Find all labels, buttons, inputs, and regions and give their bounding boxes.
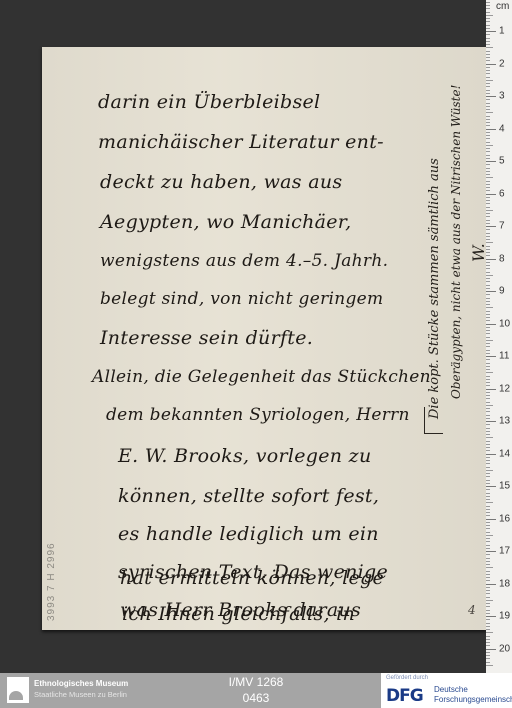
ruler-tick <box>486 525 490 526</box>
ruler-tick <box>486 437 493 438</box>
ruler-number: 8 <box>499 253 505 264</box>
ruler-tick <box>486 187 490 188</box>
ruler-tick <box>486 626 490 627</box>
ruler-tick <box>486 600 493 601</box>
text-line-12: es handle lediglich um ein <box>118 523 379 545</box>
ruler-tick <box>486 200 490 201</box>
ruler-tick <box>486 207 490 208</box>
ruler-tick <box>486 398 490 399</box>
ruler-number: 2 <box>499 58 505 69</box>
footer-bar: Ethnologisches Museum Staatliche Museen … <box>0 673 512 708</box>
ruler-tick <box>486 307 493 308</box>
ruler-tick <box>486 252 490 253</box>
text-line-11: können, stellte sofort fest, <box>118 485 379 507</box>
ruler-tick <box>486 47 493 48</box>
ruler-tick <box>486 86 490 87</box>
ruler-tick <box>486 447 490 448</box>
ruler-tick <box>486 142 490 143</box>
ruler-tick <box>486 402 490 403</box>
ruler-tick <box>486 255 490 256</box>
text-line-2: manichäischer Literatur ent- <box>98 131 384 153</box>
ruler-tick <box>486 210 493 211</box>
margin-bracket <box>424 407 443 434</box>
ruler-tick <box>486 645 490 646</box>
ruler-tick <box>486 457 490 458</box>
ruler-tick <box>486 480 490 481</box>
ruler-tick <box>486 246 490 247</box>
ruler-unit-label: cm <box>496 1 509 12</box>
text-line-1: darin ein Überbleibsel <box>98 91 320 113</box>
ruler-tick <box>486 580 490 581</box>
text-line-13: syrischen Text. Das wenige <box>118 561 388 583</box>
ruler-tick <box>486 44 490 45</box>
ruler-tick <box>486 541 490 542</box>
text-line-9: dem bekannten Syriologen, Herrn <box>106 405 410 425</box>
ruler-tick <box>486 337 490 338</box>
ruler-tick <box>486 73 490 74</box>
ruler-tick <box>486 2 490 3</box>
ruler-tick <box>486 262 490 263</box>
funded-by-label: Gefördert durch <box>386 675 428 681</box>
ruler-tick <box>486 275 493 276</box>
ruler-tick <box>486 363 490 364</box>
ruler-tick <box>486 506 490 507</box>
ruler-tick <box>486 67 490 68</box>
ruler-tick <box>486 314 490 315</box>
ruler-tick <box>486 571 490 572</box>
ruler-tick <box>486 112 493 113</box>
ruler-tick <box>486 502 493 503</box>
ruler-tick <box>486 460 490 461</box>
ruler-number: 7 <box>499 221 505 232</box>
ruler-tick <box>486 567 493 568</box>
ruler-tick <box>486 379 490 380</box>
ruler-tick <box>486 25 490 26</box>
ruler-tick <box>486 181 490 182</box>
ruler-number: 9 <box>499 286 505 297</box>
ruler-tick <box>486 317 490 318</box>
ruler-tick <box>486 80 493 81</box>
ruler-number: 15 <box>499 481 510 492</box>
margin-note-line-2: Oberägypten, nicht etwa aus der Nitrisch… <box>449 85 463 399</box>
ruler-tick <box>486 96 496 97</box>
ruler-number: 10 <box>499 318 510 329</box>
ruler-tick <box>486 554 490 555</box>
ruler-tick <box>486 662 490 663</box>
ruler-tick <box>486 327 490 328</box>
ruler-tick <box>486 249 490 250</box>
letter-page: darin ein Überbleibsel manichäischer Lit… <box>42 47 486 630</box>
ruler-tick <box>486 64 496 65</box>
text-line-3: deckt zu haben, was aus <box>100 171 342 193</box>
ruler-tick <box>486 259 496 260</box>
ruler-tick <box>486 467 490 468</box>
dfg-name-line-1: Deutsche <box>434 685 468 694</box>
corner-mark: 4 <box>468 603 476 617</box>
ruler-tick <box>486 665 493 666</box>
ruler-tick <box>486 168 490 169</box>
ruler-number: 17 <box>499 546 510 557</box>
ruler-tick <box>486 340 493 341</box>
ruler-tick <box>486 587 490 588</box>
ruler-tick <box>486 57 490 58</box>
ruler-tick <box>486 473 490 474</box>
ruler-tick <box>486 148 490 149</box>
ruler-tick <box>486 629 490 630</box>
ruler-tick <box>486 431 490 432</box>
ruler-tick <box>486 229 490 230</box>
ruler-tick <box>486 132 490 133</box>
ruler-tick <box>486 454 496 455</box>
ruler-tick <box>486 385 490 386</box>
ruler-tick <box>486 278 490 279</box>
ruler-tick <box>486 470 493 471</box>
ruler-tick <box>486 190 490 191</box>
ruler-tick <box>486 574 490 575</box>
ruler-tick <box>486 545 490 546</box>
ruler-tick <box>486 369 490 370</box>
ruler-tick <box>486 242 493 243</box>
text-line-6: belegt sind, von nicht geringem <box>100 289 383 309</box>
ruler-tick <box>486 324 496 325</box>
ruler-tick <box>486 99 490 100</box>
ruler-tick <box>486 421 496 422</box>
ruler-tick <box>486 483 490 484</box>
ruler-tick <box>486 395 490 396</box>
ruler-number: 16 <box>499 513 510 524</box>
ruler-tick <box>486 301 490 302</box>
ruler-number: 20 <box>499 643 510 654</box>
dfg-logo-icon: DFG <box>386 686 423 706</box>
ruler-tick <box>486 372 493 373</box>
ruler-tick <box>486 424 490 425</box>
ruler-tick <box>486 538 490 539</box>
cm-ruler: cm 1234567891011121314151617181920 <box>486 0 512 673</box>
ruler-tick <box>486 532 490 533</box>
ruler-tick <box>486 194 496 195</box>
ruler-tick <box>486 415 490 416</box>
ruler-tick <box>486 272 490 273</box>
pencil-inventory-note: 3993 7 H 2996 <box>46 542 57 621</box>
ruler-tick <box>486 138 490 139</box>
ruler-tick <box>486 268 490 269</box>
ruler-tick <box>486 239 490 240</box>
ruler-number: 14 <box>499 448 510 459</box>
ruler-tick <box>486 655 490 656</box>
ruler-tick <box>486 639 490 640</box>
ruler-tick <box>486 41 490 42</box>
ruler-tick <box>486 353 490 354</box>
ruler-tick <box>486 359 490 360</box>
ruler-tick <box>486 632 493 633</box>
ruler-tick <box>486 31 496 32</box>
ruler-tick <box>486 311 490 312</box>
ruler-tick <box>486 197 490 198</box>
document-viewer: darin ein Überbleibsel manichäischer Lit… <box>0 0 512 673</box>
ruler-tick <box>486 226 496 227</box>
ruler-tick <box>486 392 490 393</box>
ruler-tick <box>486 489 490 490</box>
ruler-tick <box>486 405 493 406</box>
text-line-5: wenigstens aus dem 4.–5. Jahrh. <box>100 251 388 271</box>
ruler-tick <box>486 606 490 607</box>
ruler-tick <box>486 444 490 445</box>
ruler-number: 13 <box>499 416 510 427</box>
ruler-tick <box>486 236 490 237</box>
ruler-tick <box>486 428 490 429</box>
ruler-tick <box>486 203 490 204</box>
ruler-tick <box>486 145 493 146</box>
ruler-tick <box>486 15 493 16</box>
ruler-tick <box>486 103 490 104</box>
ruler-tick <box>486 119 490 120</box>
ruler-tick <box>486 129 496 130</box>
ruler-tick <box>486 564 490 565</box>
ruler-tick <box>486 135 490 136</box>
ruler-tick <box>486 171 490 172</box>
ruler-tick <box>486 304 490 305</box>
ruler-tick <box>486 603 490 604</box>
ruler-number: 6 <box>499 188 505 199</box>
ruler-tick <box>486 285 490 286</box>
ruler-tick <box>486 51 490 52</box>
ruler-tick <box>486 486 496 487</box>
ruler-tick <box>486 216 490 217</box>
ruler-tick <box>486 60 490 61</box>
ruler-tick <box>486 77 490 78</box>
ruler-tick <box>486 356 496 357</box>
ruler-tick <box>486 161 496 162</box>
ruler-tick <box>486 320 490 321</box>
ruler-tick <box>486 174 490 175</box>
ruler-tick <box>486 597 490 598</box>
ruler-tick <box>486 652 490 653</box>
ruler-tick <box>486 499 490 500</box>
ruler-tick <box>486 616 496 617</box>
ruler-tick <box>486 38 490 39</box>
ruler-tick <box>486 233 490 234</box>
ruler-tick <box>486 528 490 529</box>
ruler-tick <box>486 184 490 185</box>
ruler-tick <box>486 376 490 377</box>
ruler-tick <box>486 291 496 292</box>
ruler-tick <box>486 366 490 367</box>
ruler-tick <box>486 346 490 347</box>
ruler-tick <box>486 610 490 611</box>
ruler-tick <box>486 223 490 224</box>
ruler-tick <box>486 434 490 435</box>
ruler-tick <box>486 613 490 614</box>
ruler-tick <box>486 636 490 637</box>
ruler-tick <box>486 649 496 650</box>
ruler-tick <box>486 155 490 156</box>
ruler-tick <box>486 509 490 510</box>
ruler-tick <box>486 408 490 409</box>
ruler-tick <box>486 548 490 549</box>
ruler-tick <box>486 593 490 594</box>
ruler-tick <box>486 515 490 516</box>
ruler-tick <box>486 561 490 562</box>
ruler-number: 5 <box>499 156 505 167</box>
ruler-tick <box>486 21 490 22</box>
ruler-tick <box>486 389 496 390</box>
text-line-8: Allein, die Gelegenheit das Stückchen <box>92 367 431 387</box>
ruler-tick <box>486 70 490 71</box>
ruler-number: 1 <box>499 26 505 37</box>
ruler-tick <box>486 158 490 159</box>
ruler-tick <box>486 90 490 91</box>
ruler-tick <box>486 343 490 344</box>
ruler-tick <box>486 496 490 497</box>
ruler-number: 11 <box>499 351 509 362</box>
ruler-tick <box>486 522 490 523</box>
ruler-tick <box>486 288 490 289</box>
ruler-tick <box>486 577 490 578</box>
ruler-tick <box>486 558 490 559</box>
ruler-tick <box>486 164 490 165</box>
ruler-tick <box>486 122 490 123</box>
ruler-tick <box>486 281 490 282</box>
ruler-tick <box>486 418 490 419</box>
ruler-number: 4 <box>499 123 505 134</box>
ruler-number: 12 <box>499 383 510 394</box>
ruler-tick <box>486 382 490 383</box>
ruler-tick <box>486 619 490 620</box>
ruler-tick <box>486 450 490 451</box>
dfg-funding-badge: Gefördert durch DFG Deutsche Forschungsg… <box>381 673 512 708</box>
ruler-tick <box>486 535 493 536</box>
ruler-tick <box>486 125 490 126</box>
ruler-tick <box>486 213 490 214</box>
ruler-tick <box>486 265 490 266</box>
ruler-tick <box>486 330 490 331</box>
ruler-tick <box>486 590 490 591</box>
margin-note-line-1: Die kopt. Stücke stammen sämtlich aus <box>427 158 442 419</box>
ruler-tick <box>486 350 490 351</box>
ruler-tick <box>486 519 496 520</box>
ruler-tick <box>486 441 490 442</box>
ruler-tick <box>486 106 490 107</box>
ruler-tick <box>486 34 490 35</box>
text-line-10: E. W. Brooks, vorlegen zu <box>118 445 372 467</box>
ruler-tick <box>486 642 490 643</box>
ruler-tick <box>486 18 490 19</box>
ruler-tick <box>486 584 496 585</box>
ruler-tick <box>486 5 490 6</box>
ruler-tick <box>486 493 490 494</box>
ruler-tick <box>486 12 490 13</box>
ruler-tick <box>486 177 493 178</box>
text-line-14: was Herr Brooks daraus <box>120 599 361 621</box>
ruler-number: 19 <box>499 611 510 622</box>
ruler-tick <box>486 109 490 110</box>
ruler-tick <box>486 151 490 152</box>
text-line-4: Aegypten, wo Manichäer, <box>100 211 351 233</box>
ruler-tick <box>486 512 490 513</box>
ruler-tick <box>486 333 490 334</box>
ruler-number: 3 <box>499 91 505 102</box>
ruler-tick <box>486 658 490 659</box>
ruler-tick <box>486 411 490 412</box>
ruler-tick <box>486 220 490 221</box>
ruler-tick <box>486 54 490 55</box>
ruler-tick <box>486 463 490 464</box>
ruler-tick <box>486 83 490 84</box>
ruler-tick <box>486 93 490 94</box>
ruler-tick <box>486 476 490 477</box>
ruler-tick <box>486 623 490 624</box>
ruler-tick <box>486 298 490 299</box>
ruler-tick <box>486 28 490 29</box>
ruler-tick <box>486 551 496 552</box>
ruler-tick <box>486 294 490 295</box>
dfg-name-line-2: Forschungsgemeinschaft <box>434 695 512 704</box>
ruler-tick <box>486 8 490 9</box>
ruler-number: 18 <box>499 578 510 589</box>
ruler-tick <box>486 116 490 117</box>
text-line-7: Interesse sein dürfte. <box>100 327 313 349</box>
